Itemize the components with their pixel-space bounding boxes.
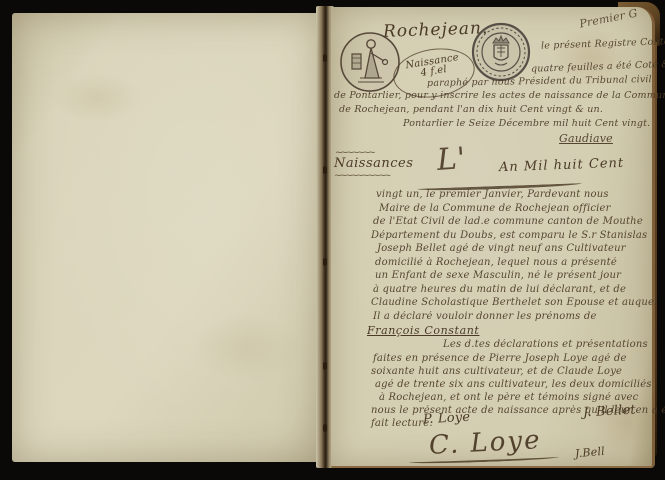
register-statement-line: de Pontarlier, pour y inscrire les actes… [334, 91, 665, 101]
president-signature: Gaudiave [559, 133, 613, 144]
act-line: vingt un, le premier Janvier, Pardevant … [376, 190, 609, 200]
act-line: agé de trente six ans cultivateur, les d… [375, 380, 652, 390]
left-page [12, 13, 320, 462]
act-line: Claudine Scholastique Berthelet son Epou… [371, 298, 658, 308]
right-page: Premier G [331, 7, 655, 468]
register-place-date: Pontarlier le Seize Décembre mil huit Ce… [403, 119, 650, 129]
act-line: domicilié à Rochejean, lequel nous a pré… [375, 258, 617, 268]
section-heading-naissances: Naissances [334, 157, 413, 170]
register-statement-line: quatre feuilles a été Coté & p.é [531, 59, 665, 74]
register-statement-line: le présent Registre Contenant [541, 36, 665, 51]
act-line: Les d.tes déclarations et présentations [443, 340, 648, 350]
binding-stitch [323, 424, 327, 432]
archival-book-scan: Premier G [0, 0, 665, 480]
act-line: Département du Doubs, est comparu le S.r… [371, 231, 647, 241]
act-line: Maire de la Commune de Rochejean officie… [379, 204, 611, 214]
act-line: soixante huit ans cultivateur, et de Cla… [371, 367, 622, 377]
act-line: à quatre heures du matin de lui déclaran… [373, 285, 626, 295]
corner-note: Premier G [578, 7, 638, 29]
binding-stitch [323, 54, 327, 62]
act-line: Joseph Bellet agé de vingt neuf ans Cult… [377, 244, 626, 254]
binding-stitch [323, 258, 327, 266]
act-line: à Rochejean, et ont le père et témoins s… [379, 393, 638, 403]
signature-father: J. Bellet [583, 404, 636, 420]
paper-stain [192, 313, 302, 383]
signature-witness2: C. Loye [428, 427, 542, 459]
child-name: François Constant [367, 325, 479, 336]
register-statement-line: de Rochejean, pendant l'an dix huit Cent… [339, 105, 603, 115]
commune-title: Rochejean. [383, 20, 489, 41]
squiggle-ornament: ~~~~~~~~~~ [334, 172, 389, 181]
act-line: faites en présence de Pierre Joseph Loye… [373, 354, 627, 364]
binding-stitch [323, 362, 327, 370]
register-statement-line: paraphé par nous Président du Tribunal c… [427, 75, 652, 88]
act-line: un Enfant de sexe Masculin, né le présen… [375, 271, 621, 281]
paper-stain [52, 73, 142, 123]
act-line: de l'Etat Civil de lad.e commune canton … [373, 217, 643, 227]
opening-words: An Mil huit Cent [499, 157, 625, 174]
act-line: Il a déclaré vouloir donner les prénoms … [373, 312, 597, 322]
signature-extra: J.Bell [575, 446, 606, 460]
signature-witness1: P. Loye [423, 411, 471, 426]
opening-initial: L' [436, 144, 467, 176]
binding-stitch [323, 166, 327, 174]
